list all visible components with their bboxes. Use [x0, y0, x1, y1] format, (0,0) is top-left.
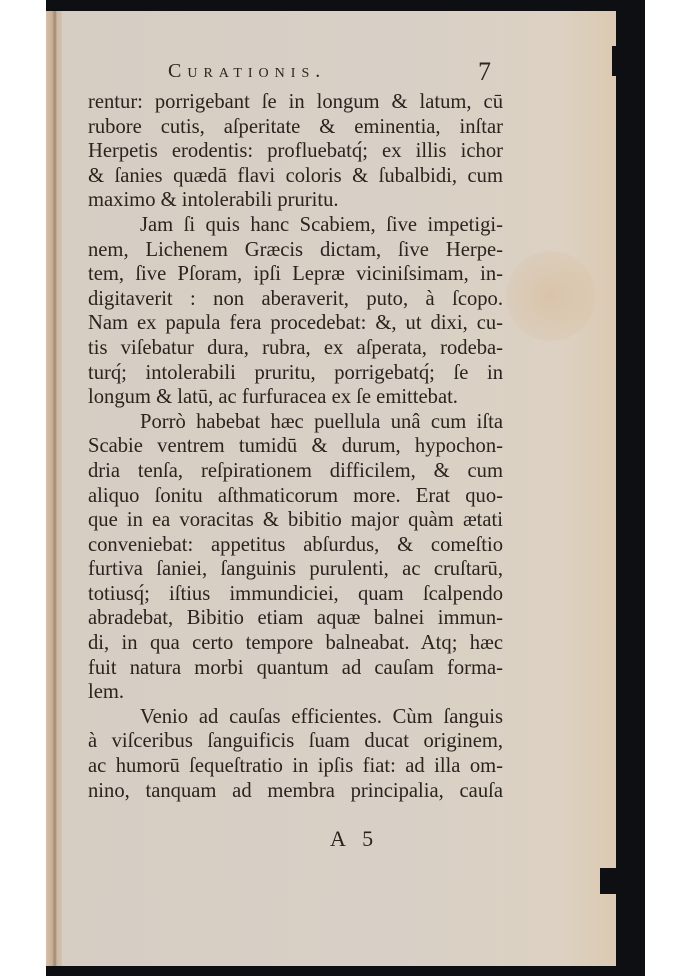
paper-stain: [506, 251, 596, 341]
text-line: Nam ex papula fera procedebat: &, ut dix…: [88, 311, 503, 336]
paragraph-start-line: Porrò habebat hæc puellula unâ cum iſta: [88, 410, 503, 435]
text-line: tis viſebatur dura, rubra, ex aſperata, …: [88, 336, 503, 361]
body-text: rentur: porrigebant ſe in longum & latum…: [88, 90, 503, 803]
text-line: di, in qua certo tempore balneabat. Atq;…: [88, 631, 503, 656]
text-line: lem.: [88, 680, 503, 705]
paragraph-start-line: Jam ſi quis hanc Scabiem, ſive impetigi-: [88, 213, 503, 238]
text-line: & ſanies quædā flavi coloris & ſubalbidi…: [88, 164, 503, 189]
text-line: ac humorū ſequeſtratio in ipſis fiat: ad…: [88, 754, 503, 779]
text-line: rentur: porrigebant ſe in longum & latum…: [88, 90, 503, 115]
page-header: Curationis. 7: [168, 60, 588, 90]
signature-mark: A 5: [330, 826, 379, 852]
text-line: tem, ſive Pſoram, ipſi Lepræ viciniſsima…: [88, 262, 503, 287]
text-line: maximo & intolerabili pruritu.: [88, 188, 503, 213]
running-head: Curationis.: [168, 60, 326, 83]
text-line: rubore cutis, aſperitate & eminentia, in…: [88, 115, 503, 140]
page-number: 7: [478, 57, 491, 87]
text-line: aliquo ſonitu aſthmaticorum more. Erat q…: [88, 484, 503, 509]
text-line: abradebat, Bibitio etiam aquæ balnei imm…: [88, 606, 503, 631]
text-line: totiusq́; iſtius immundiciei, quam ſcalp…: [88, 582, 503, 607]
text-line: turq́; intolerabili pruritu, porrigebatq…: [88, 361, 503, 386]
text-line: nem, Lichenem Græcis dictam, ſive Herpe-: [88, 238, 503, 263]
binding-edge: [46, 11, 62, 966]
text-line: conveniebat: appetitus abſurdus, & comeſ…: [88, 533, 503, 558]
text-line: longum & latū, ac furfuracea ex ſe emitt…: [88, 385, 503, 410]
text-line: Scabie ventrem tumidū & durum, hypochon-: [88, 434, 503, 459]
text-line: dria tenſa, reſpirationem difficilem, & …: [88, 459, 503, 484]
text-line: Herpetis erodentis: profluebatq́; ex ill…: [88, 139, 503, 164]
torn-edge: [600, 868, 618, 894]
text-line: que in ea voracitas & bibitio major quàm…: [88, 508, 503, 533]
text-line: fuit natura morbi quantum ad cauſam form…: [88, 656, 503, 681]
text-line: à viſceribus ſanguificis ſuam ducat orig…: [88, 729, 503, 754]
text-line: digitaverit : non aberaverit, puto, à ſc…: [88, 287, 503, 312]
text-line: nino, tanquam ad membra principalia, cau…: [88, 779, 503, 804]
torn-edge: [612, 46, 630, 76]
text-line: furtiva ſaniei, ſanguinis purulenti, ac …: [88, 557, 503, 582]
paragraph-start-line: Venio ad cauſas efficientes. Cùm ſanguis: [88, 705, 503, 730]
